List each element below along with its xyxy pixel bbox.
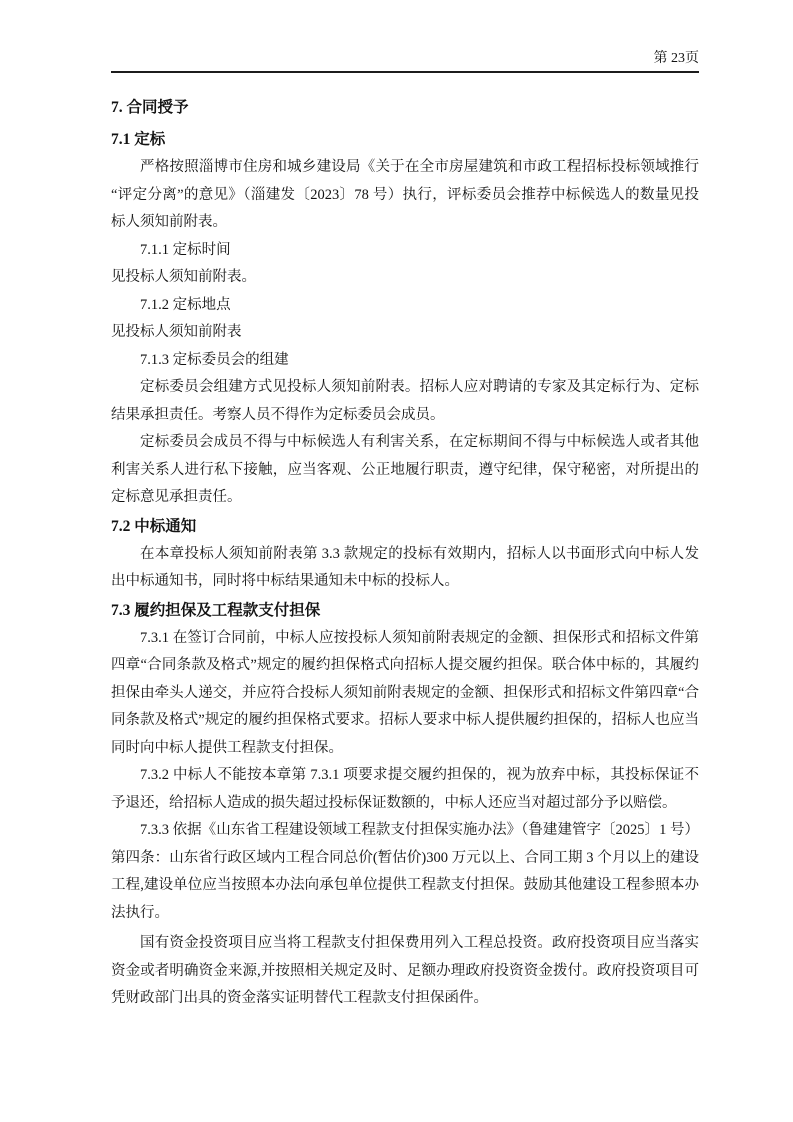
heading-7-2-award-notice: 7.2 中标通知 bbox=[111, 516, 699, 537]
heading-7-1-3-committee-formation: 7.1.3 定标委员会的组建 bbox=[111, 347, 699, 375]
para-7-3-3-state-funded-projects: 国有资金投资项目应当将工程款支付担保费用列入工程总投资。政府投资项目应当落实资金… bbox=[111, 930, 699, 1013]
para-7-3-1-guarantee-submission: 7.3.1 在签订合同前，中标人应按投标人须知前附表规定的金额、担保形式和招标文… bbox=[111, 625, 699, 763]
page-content: 第 23页 7. 合同授予 7.1 定标 严格按照淄博市住房和城乡建设局《关于在… bbox=[0, 0, 793, 1013]
para-7-1-1-ref: 见投标人须知前附表。 bbox=[111, 264, 699, 292]
para-7-3-2-guarantee-failure: 7.3.2 中标人不能按本章第 7.3.1 项要求提交履约担保的，视为放弃中标，… bbox=[111, 762, 699, 817]
heading-7-1-1-determination-time: 7.1.1 定标时间 bbox=[111, 237, 699, 265]
para-7-2-notice: 在本章投标人须知前附表第 3.3 款规定的投标有效期内，招标人以书面形式向中标人… bbox=[111, 541, 699, 596]
para-7-1-intro: 严格按照淄博市住房和城乡建设局《关于在全市房屋建筑和市政工程招标投标领域推行“评… bbox=[111, 154, 699, 237]
heading-7-1-bid-determination: 7.1 定标 bbox=[111, 129, 699, 150]
heading-7-3-performance-guarantee: 7.3 履约担保及工程款支付担保 bbox=[111, 600, 699, 621]
heading-7-1-2-determination-place: 7.1.2 定标地点 bbox=[111, 292, 699, 320]
para-7-3-3-payment-guarantee-rule: 7.3.3 依据《山东省工程建设领域工程款支付担保实施办法》（鲁建建管字〔202… bbox=[111, 817, 699, 927]
para-7-1-3-committee-method: 定标委员会组建方式见投标人须知前附表。招标人应对聘请的专家及其定标行为、定标结果… bbox=[111, 374, 699, 429]
para-7-1-2-ref: 见投标人须知前附表 bbox=[111, 319, 699, 347]
page-header: 第 23页 bbox=[111, 0, 699, 73]
heading-7-contract-award: 7. 合同授予 bbox=[111, 97, 699, 118]
para-7-1-3-committee-conduct: 定标委员会成员不得与中标候选人有利害关系，在定标期间不得与中标候选人或者其他利害… bbox=[111, 429, 699, 512]
page-number: 第 23页 bbox=[654, 51, 700, 66]
document-page: 第 23页 7. 合同授予 7.1 定标 严格按照淄博市住房和城乡建设局《关于在… bbox=[0, 0, 793, 1122]
